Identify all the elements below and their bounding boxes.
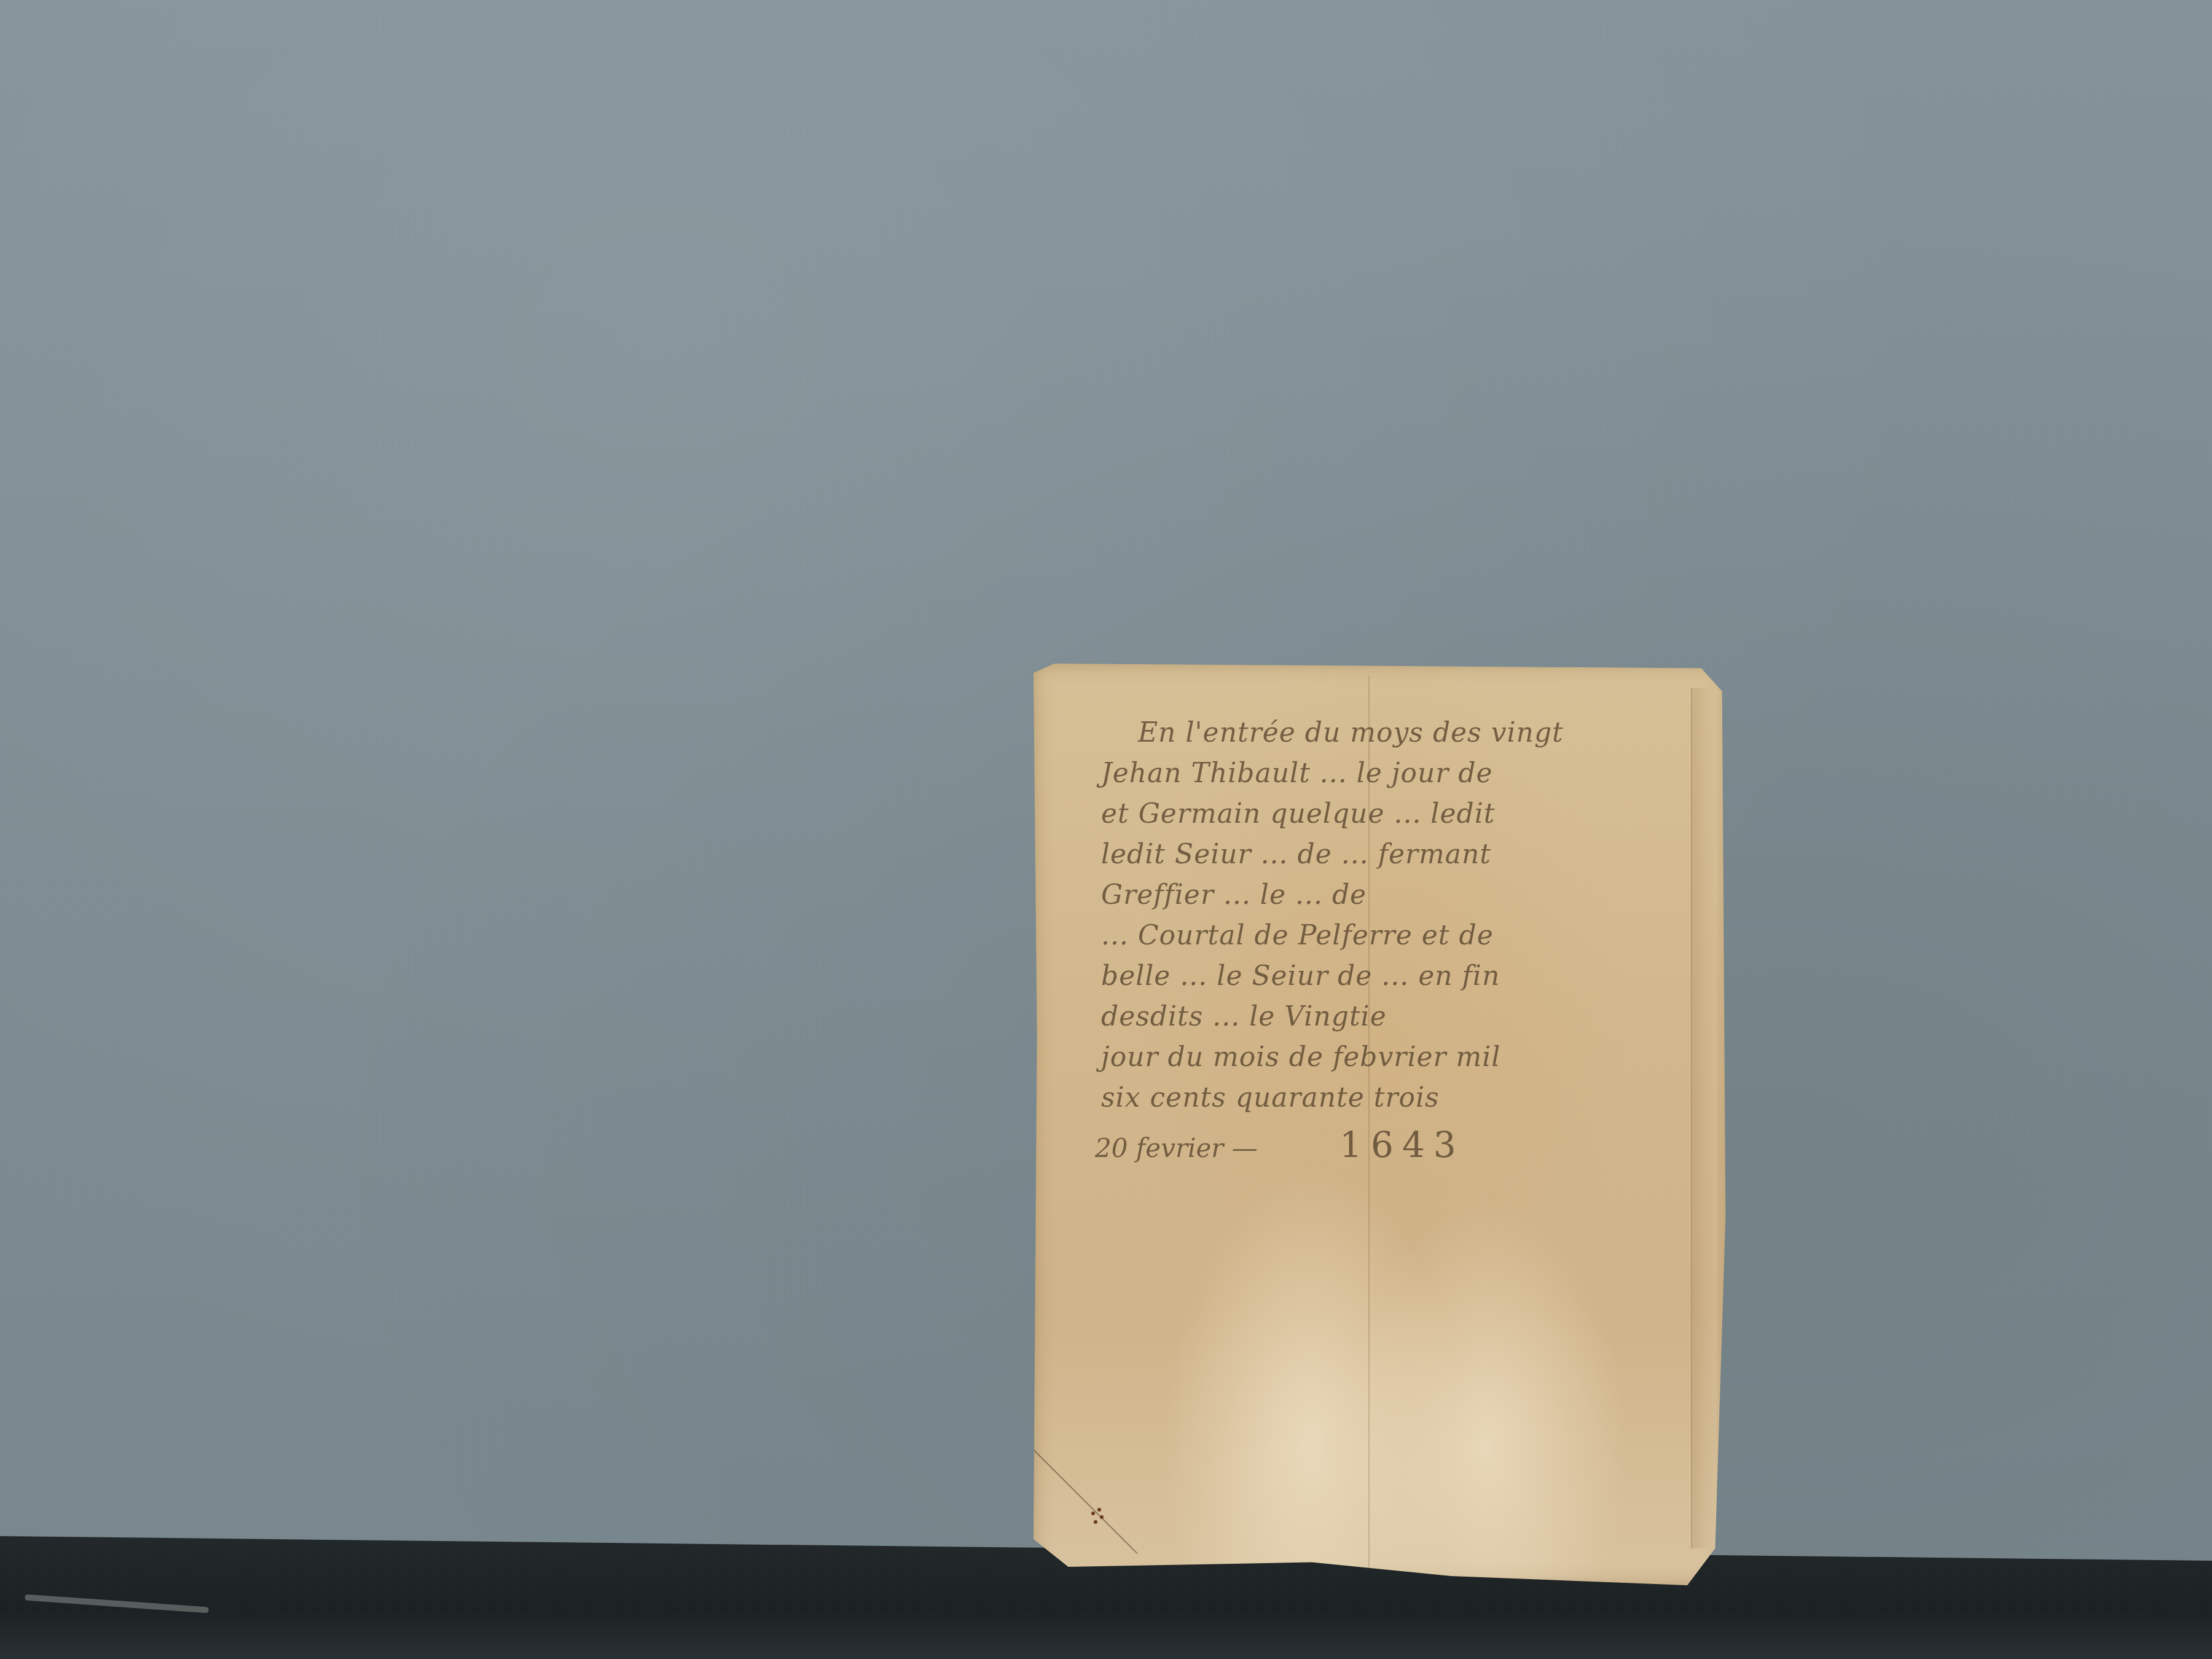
manuscript-line: six cents quarante trois [1101, 1078, 1716, 1118]
date-annotation: 20 fevrier — 1643 [1101, 1124, 1716, 1169]
manuscript-line: ledit Seiur ... de ... fermant [1101, 834, 1716, 875]
manuscript-line: desdits ... le Vingtie [1101, 997, 1716, 1037]
date-day-month: 20 fevrier [1095, 1133, 1223, 1163]
manuscript-line: jour du mois de febvrier mil [1101, 1037, 1716, 1078]
manuscript-line: En l'entrée du moys des vingt [1101, 713, 1716, 753]
manuscript-line: ... Courtal de Pelferre et de [1101, 916, 1716, 956]
manuscript-line: belle ... le Seiur de ... en fin [1101, 956, 1716, 997]
date-separator: — [1232, 1133, 1258, 1163]
ink-blot-spots [1089, 1505, 1113, 1530]
manuscript-page: En l'entrée du moys des vingt Jehan Thib… [1033, 664, 1729, 1585]
manuscript-line: et Germain quelque ... ledit [1101, 794, 1716, 834]
date-year: 1643 [1339, 1124, 1465, 1166]
manuscript-line: Greffier ... le ... de [1101, 875, 1716, 916]
manuscript-line: Jehan Thibault ... le jour de [1101, 753, 1716, 794]
handwritten-text: En l'entrée du moys des vingt Jehan Thib… [1101, 713, 1716, 1169]
